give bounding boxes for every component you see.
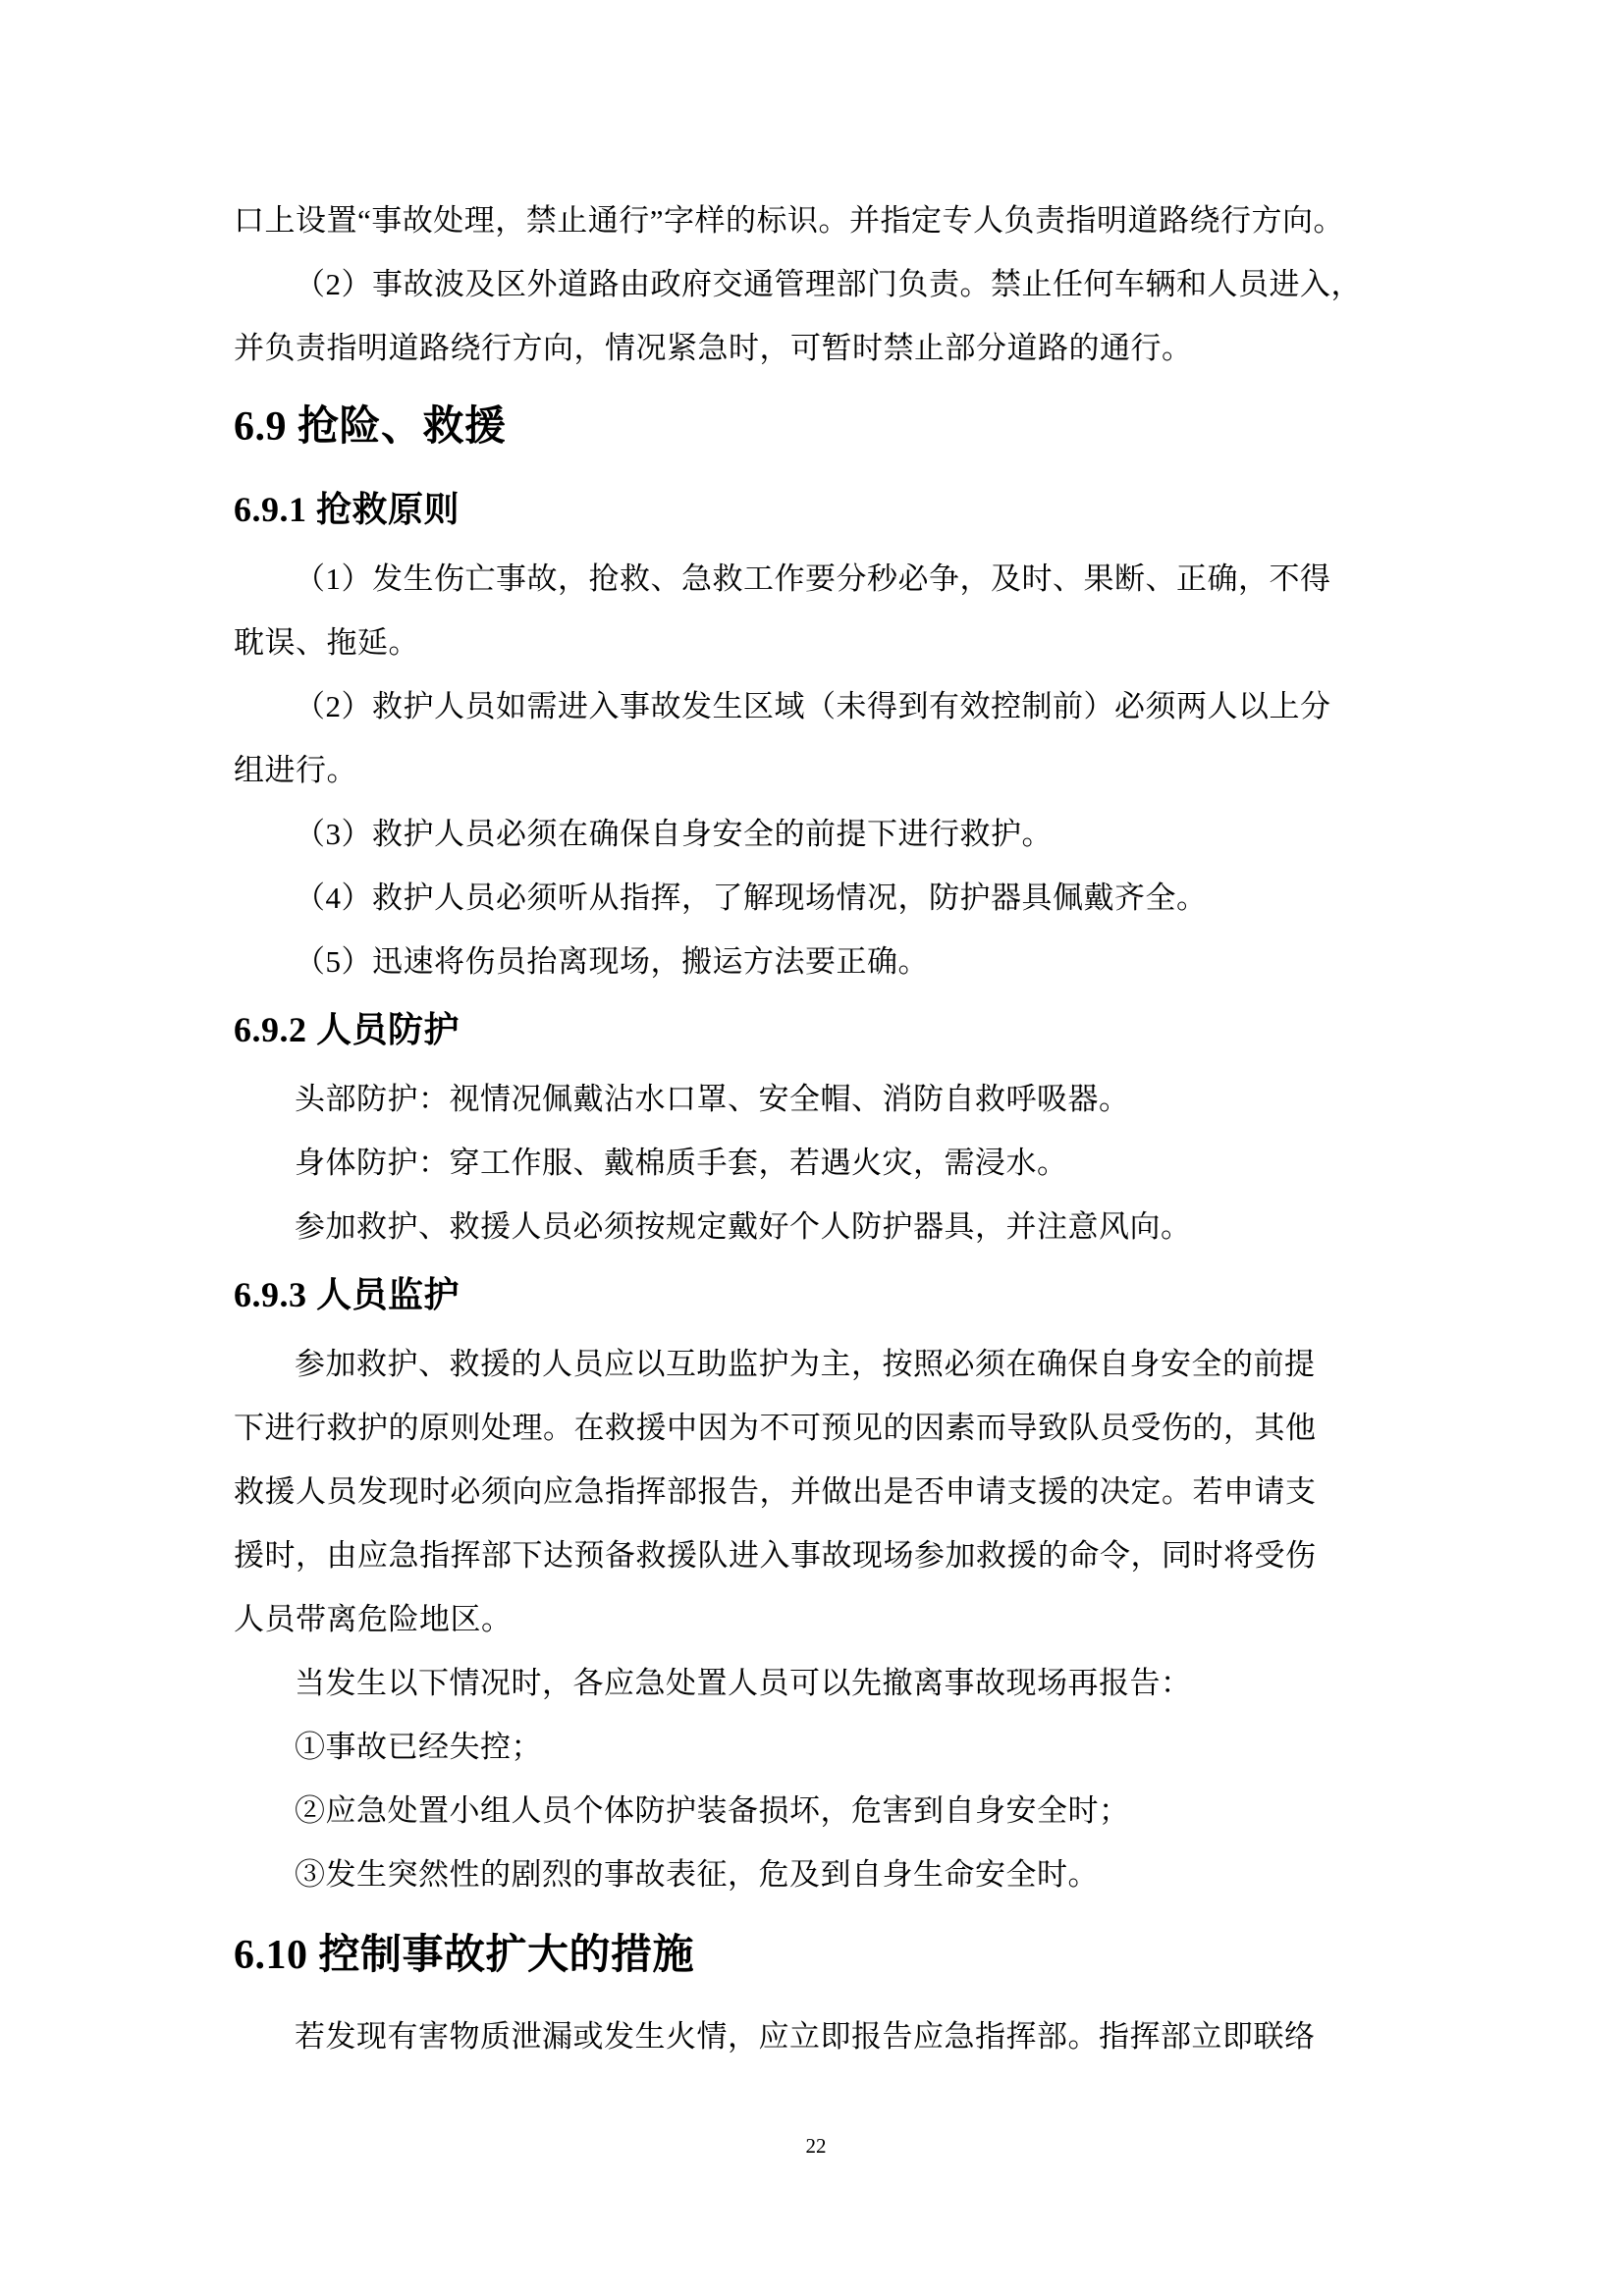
document-content: 口上设置“事故处理，禁止通行”字样的标识。并指定专人负责指明道路绕行方向。 （2…	[0, 0, 1624, 2161]
circled-item-1: ①事故已经失控；	[234, 1715, 1398, 1779]
rescue-principle-item-5: （5）迅速将伤员抬离现场，搬运方法要正确。	[234, 930, 1398, 993]
circled-item-3: ③发生突然性的剧烈的事故表征，危及到自身生命安全时。	[234, 1842, 1398, 1906]
rescue-principle-item-4: （4）救护人员必须听从指挥，了解现场情况，防护器具佩戴齐全。	[234, 866, 1398, 930]
protection-gear-paragraph: 参加救护、救援人员必须按规定戴好个人防护器具，并注意风向。	[234, 1195, 1398, 1258]
page-number: 22	[234, 2131, 1398, 2161]
protection-body-paragraph: 身体防护：穿工作服、戴棉质手套，若遇火灾，需浸水。	[234, 1131, 1398, 1195]
control-measures-paragraph: 若发现有害物质泄漏或发生火情，应立即报告应急指挥部。指挥部立即联络	[234, 2004, 1398, 2068]
paragraph-continued-from-previous-page: 口上设置“事故处理，禁止通行”字样的标识。并指定专人负责指明道路绕行方向。	[234, 188, 1398, 252]
rescue-principle-item-1: （1）发生伤亡事故，抢救、急救工作要分秒必争，及时、果断、正确，不得 耽误、拖延…	[234, 547, 1398, 674]
subsection-heading-6-9-3: 6.9.3 人员监护	[234, 1263, 1398, 1327]
section-heading-6-10: 6.10 控制事故扩大的措施	[234, 1924, 1398, 1988]
document-page: 口上设置“事故处理，禁止通行”字样的标识。并指定专人负责指明道路绕行方向。 （2…	[0, 0, 1624, 2296]
protection-head-paragraph: 头部防护：视情况佩戴沾水口罩、安全帽、消防自救呼吸器。	[234, 1067, 1398, 1131]
evacuate-first-paragraph: 当发生以下情况时，各应急处置人员可以先撤离事故现场再报告：	[234, 1651, 1398, 1715]
paragraph-item-2-roads: （2）事故波及区外道路由政府交通管理部门负责。禁止任何车辆和人员进入， 并负责指…	[234, 252, 1398, 380]
circled-item-2: ②应急处置小组人员个体防护装备损坏，危害到自身安全时；	[234, 1779, 1398, 1842]
rescue-principle-item-2: （2）救护人员如需进入事故发生区域（未得到有效控制前）必须两人以上分 组进行。	[234, 674, 1398, 802]
monitoring-paragraph: 参加救护、救援的人员应以互助监护为主，按照必须在确保自身安全的前提 下进行救护的…	[234, 1332, 1398, 1651]
rescue-principle-item-3: （3）救护人员必须在确保自身安全的前提下进行救护。	[234, 802, 1398, 866]
subsection-heading-6-9-1: 6.9.1 抢救原则	[234, 478, 1398, 542]
section-heading-6-9: 6.9 抢险、救援	[234, 396, 1398, 459]
subsection-heading-6-9-2: 6.9.2 人员防护	[234, 998, 1398, 1062]
